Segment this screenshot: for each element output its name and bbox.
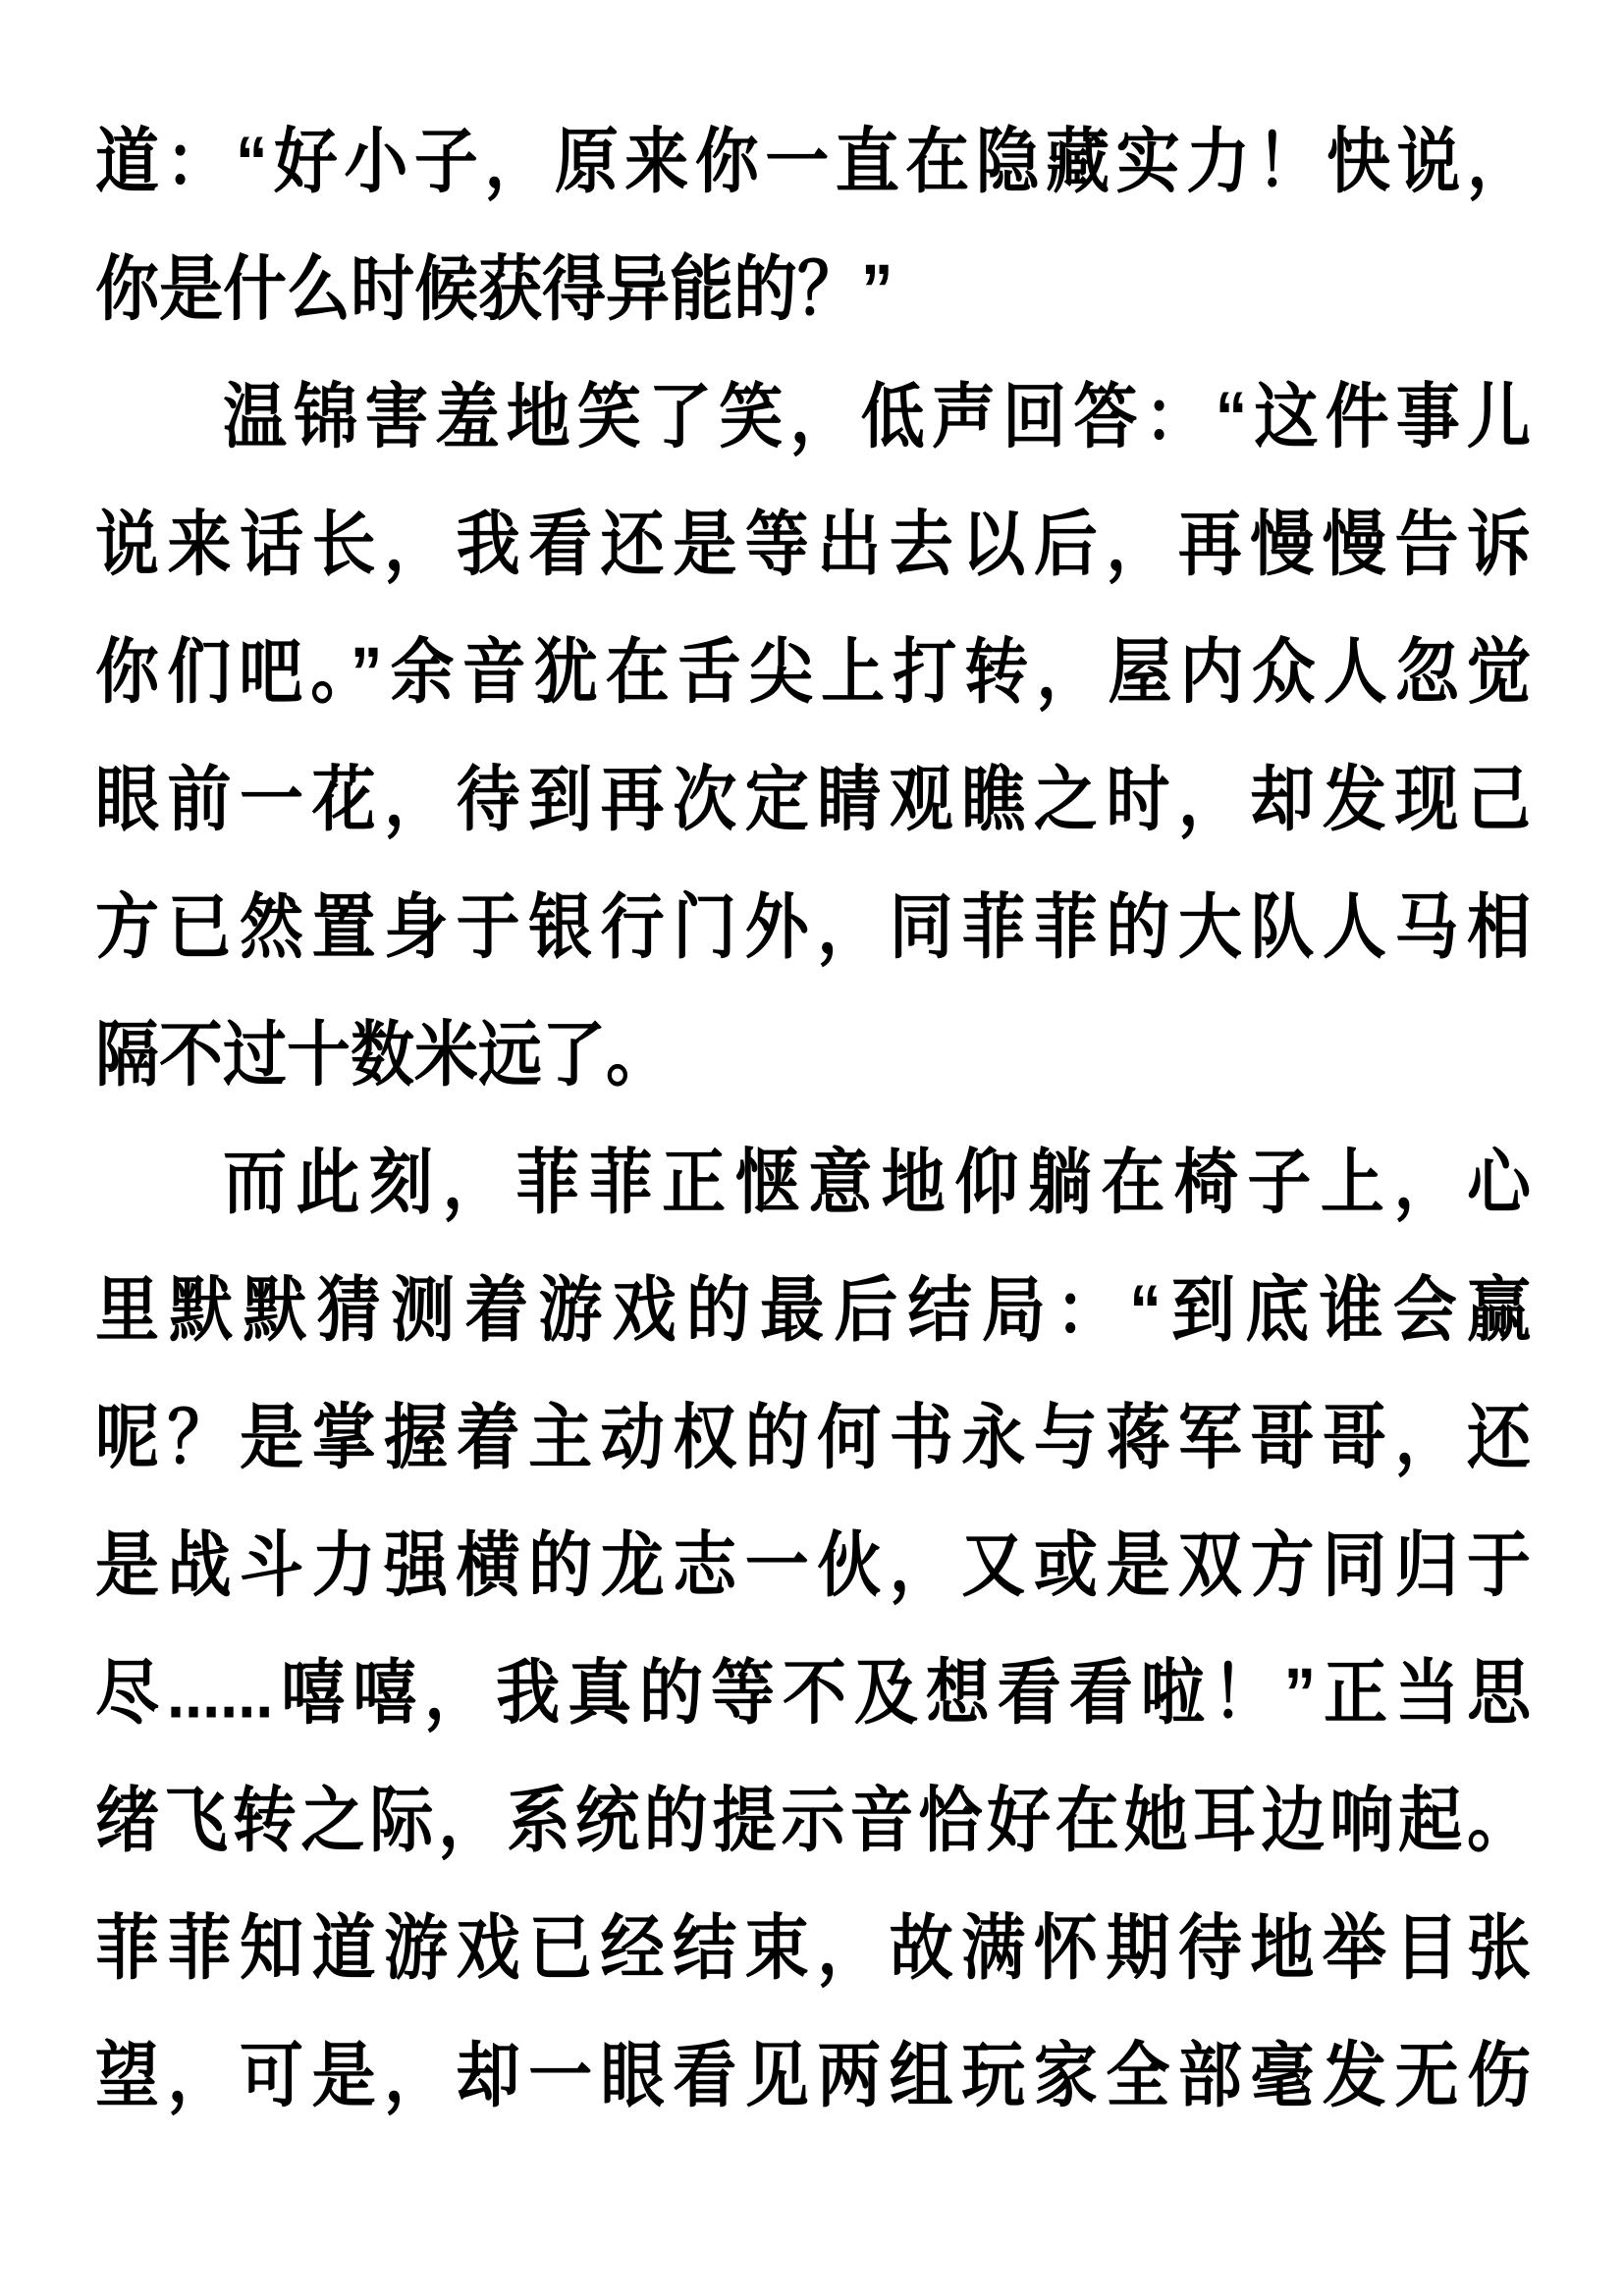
- text-block: 道：“好小子，原来你一直在隐藏实力！快说，你是什么时候获得异能的？”温锦害羞地笑…: [95, 98, 1531, 2140]
- text-line: 温锦害羞地笑了笑，低声回答：“这件事儿: [95, 346, 1531, 489]
- text-line: 说来话长，我看还是等出去以后，再慢慢告诉: [95, 473, 1531, 616]
- text-line: 绪飞转之际，系统的提示音恰好在她耳边响起。: [95, 1749, 1531, 1893]
- text-line: 你们吧。”余音犹在舌尖上打转，屋内众人忽觉: [95, 601, 1531, 744]
- text-line: 道：“好小子，原来你一直在隐藏实力！快说，: [95, 90, 1531, 234]
- text-line: 而此刻，菲菲正惬意地仰躺在椅子上，心: [95, 1111, 1531, 1255]
- text-line: 尽......嘻嘻，我真的等不及想看看啦！”正当思: [95, 1622, 1531, 1765]
- text-line: 望，可是，却一眼看见两组玩家全部毫发无伤: [95, 2004, 1531, 2148]
- text-line: 隔不过十数米远了。: [95, 984, 1531, 1127]
- text-line: 是战斗力强横的龙志一伙，又或是双方同归于: [95, 1494, 1531, 1637]
- text-line: 眼前一花，待到再次定睛观瞧之时，却发现己: [95, 728, 1531, 872]
- text-line: 方已然置身于银行门外，同菲菲的大队人马相: [95, 856, 1531, 999]
- text-line: 菲菲知道游戏已经结束，故满怀期待地举目张: [95, 1877, 1531, 2020]
- text-line: 里默默猜测着游戏的最后结局：“到底谁会赢: [95, 1239, 1531, 1382]
- text-line: 呢？是掌握着主动权的何书永与蒋军哥哥，还: [95, 1366, 1531, 1510]
- page: 道：“好小子，原来你一直在隐藏实力！快说，你是什么时候获得异能的？”温锦害羞地笑…: [0, 0, 1624, 2296]
- text-line: 你是什么时候获得异能的？”: [95, 218, 1531, 361]
